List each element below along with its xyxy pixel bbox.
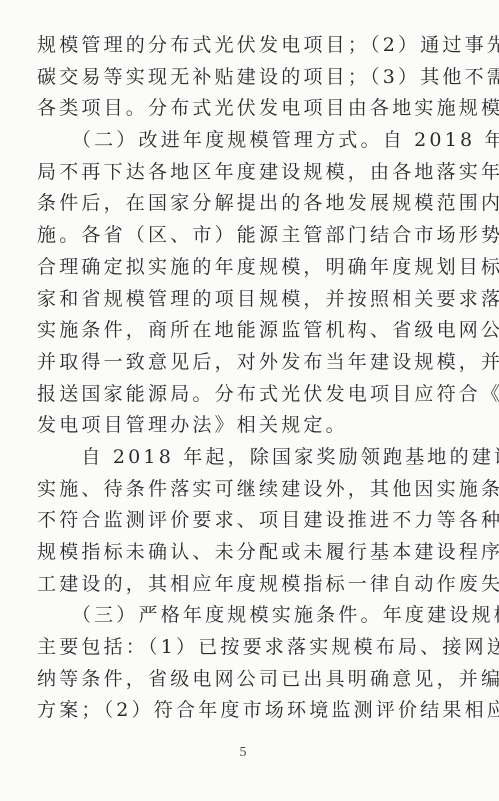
document-page: 规模管理的分布式光伏发电项目；（2）通过事先落实绿证、 碳交易等实现无补贴建设的… bbox=[0, 0, 499, 801]
text-line: 不符合监测评价要求、项目建设推进不力等各种原因，导致 bbox=[37, 505, 449, 537]
text-line: 工建设的，其相应年度规模指标一律自动作废失效。 bbox=[37, 569, 449, 601]
section-heading-line: （三）严格年度规模实施条件。年度建设规模实施条件 bbox=[37, 600, 449, 632]
section-heading-line: （二）改进年度规模管理方式。自 2018 年起，国家能源 bbox=[37, 125, 449, 157]
text-line: 碳交易等实现无补贴建设的项目；（3）其他不需国家补贴的 bbox=[37, 62, 449, 94]
text-line: 规模管理的分布式光伏发电项目；（2）通过事先落实绿证、 bbox=[37, 30, 449, 62]
document-body: 规模管理的分布式光伏发电项目；（2）通过事先落实绿证、 碳交易等实现无补贴建设的… bbox=[37, 30, 449, 727]
text-line: 纳等条件，省级电网公司已出具明确意见，并编制年度实施 bbox=[37, 664, 449, 696]
text-line: 并取得一致意见后，对外发布当年建设规模，并将有关情况 bbox=[37, 347, 449, 379]
text-line: 实施条件，商所在地能源监管机构、省级电网公司论证确认 bbox=[37, 315, 449, 347]
text-line: 家和省规模管理的项目规模，并按照相关要求落实年度规模 bbox=[37, 284, 449, 316]
text-line: 各类项目。分布式光伏发电项目由各地实施规模管理。 bbox=[37, 93, 449, 125]
text-line: 实施、待条件落实可继续建设外，其他因实施条件不落实、 bbox=[37, 474, 449, 506]
text-line: 主要包括：（1）已按要求落实规模布局、接网送出和电力消 bbox=[37, 632, 449, 664]
text-line: 施。各省（区、市）能源主管部门结合市场形势、消纳情况 bbox=[37, 220, 449, 252]
text-line: 合理确定拟实施的年度规模，明确年度规划目标以及纳入国 bbox=[37, 252, 449, 284]
text-line: 局不再下达各地区年度建设规模，由各地落实年度规模实施 bbox=[37, 157, 449, 189]
text-line: 报送国家能源局。分布式光伏发电项目应符合《分布式光伏 bbox=[37, 379, 449, 411]
text-line: 发电项目管理办法》相关规定。 bbox=[37, 410, 449, 442]
page-number: 5 bbox=[237, 745, 249, 761]
text-line: 规模指标未确认、未分配或未履行基本建设程序、当年未开 bbox=[37, 537, 449, 569]
text-line: 方案；（2）符合年度市场环境监测评价结果相应管理要求。 bbox=[37, 695, 449, 727]
text-line: 条件后，在国家分解提出的各地发展规模范围内自行组织实 bbox=[37, 188, 449, 220]
paragraph-start-line: 自 2018 年起，除国家奖励领跑基地的建设规模可以延期 bbox=[37, 442, 449, 474]
